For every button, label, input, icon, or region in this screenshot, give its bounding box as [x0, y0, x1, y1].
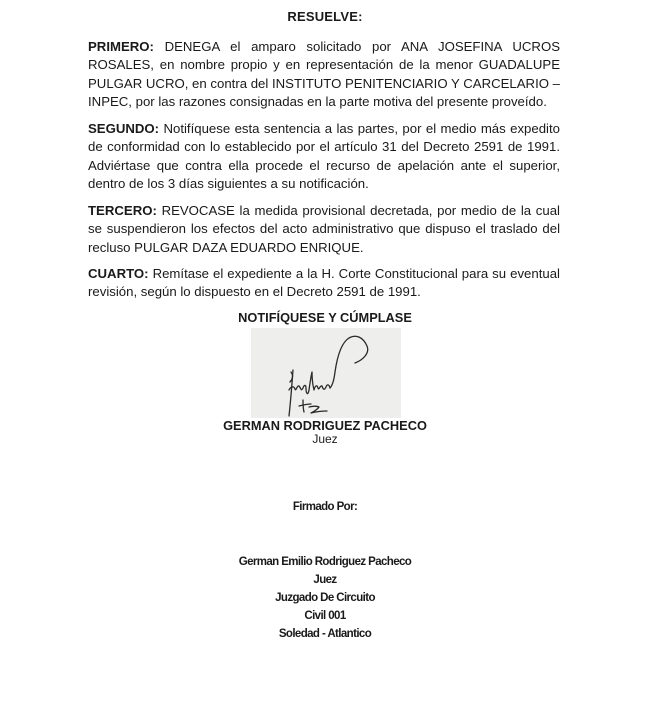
signer-division: Civil 001 [0, 607, 650, 625]
signer-court: Juzgado De Circuito [0, 589, 650, 607]
signer-location: Soledad - Atlantico [0, 625, 650, 643]
document-page: RESUELVE: PRIMERO: DENEGA el amparo soli… [0, 0, 650, 726]
judge-title: Juez [0, 432, 650, 446]
paragraph-cuarto: CUARTO: Remítase el expediente a la H. C… [88, 265, 560, 302]
paragraph-label: PRIMERO: [88, 39, 154, 54]
paragraph-text: Notifíquese esta sentencia a las partes,… [88, 121, 560, 191]
paragraph-label: TERCERO: [88, 203, 157, 218]
paragraph-label: SEGUNDO: [88, 121, 159, 136]
signer-role: Juez [0, 571, 650, 589]
closing-formula: NOTIFÍQUESE Y CÚMPLASE [0, 310, 650, 325]
paragraph-text: REVOCASE la medida provisional decretada… [88, 203, 560, 255]
paragraph-primero: PRIMERO: DENEGA el amparo solicitado por… [88, 38, 560, 112]
signed-by-label: Firmado Por: [0, 501, 650, 513]
judge-name: GERMAN RODRIGUEZ PACHECO [0, 418, 650, 433]
signature-image [251, 328, 401, 418]
paragraph-segundo: SEGUNDO: Notifíquese esta sentencia a la… [88, 120, 560, 194]
resolution-heading: RESUELVE: [0, 9, 650, 24]
signer-name: German Emilio Rodriguez Pacheco [0, 553, 650, 571]
digital-signature-block: German Emilio Rodriguez Pacheco Juez Juz… [0, 553, 650, 643]
signature-icon [251, 328, 401, 418]
paragraph-label: CUARTO: [88, 266, 149, 281]
paragraph-text: DENEGA el amparo solicitado por ANA JOSE… [88, 39, 560, 109]
paragraph-tercero: TERCERO: REVOCASE la medida provisional … [88, 202, 560, 257]
paragraph-text: Remítase el expediente a la H. Corte Con… [88, 266, 560, 299]
